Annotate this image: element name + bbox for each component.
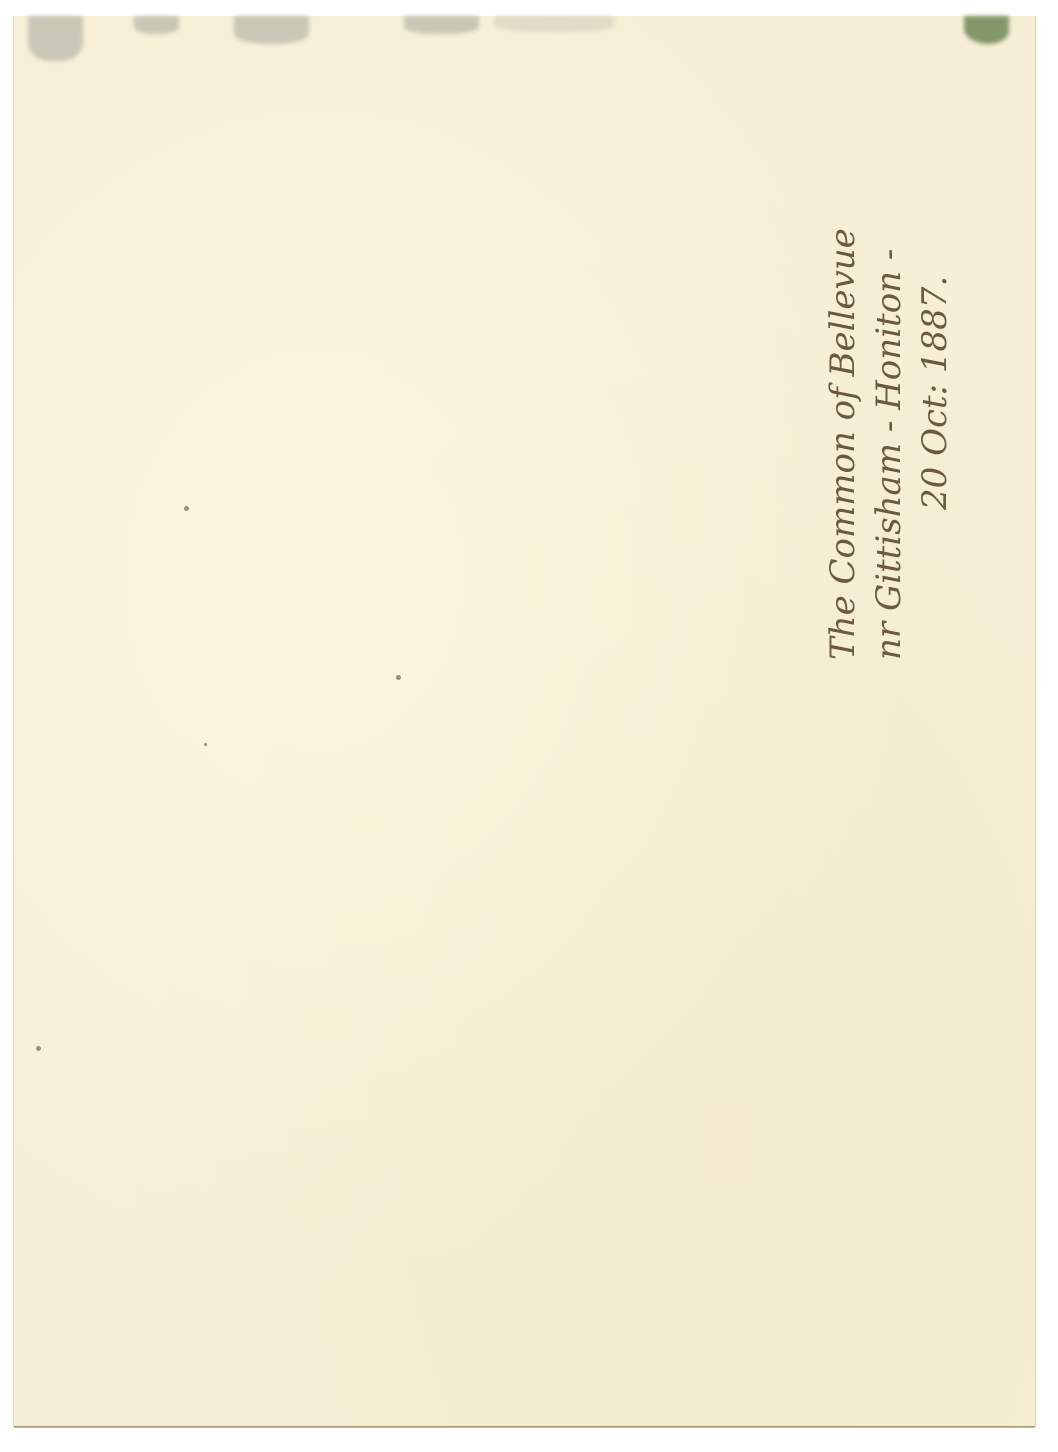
inscription-line-date: 20 Oct: 1887.: [912, 30, 958, 660]
paint-stain: [494, 16, 614, 32]
paint-stain: [28, 16, 83, 61]
paper-speck: [396, 675, 401, 680]
paint-stain: [134, 16, 179, 34]
paper-speck: [204, 743, 207, 746]
handwritten-inscription: The Common of Bellevue nr Gittisham - Ho…: [820, 30, 990, 660]
inscription-line-location: nr Gittisham - Honiton -: [866, 30, 912, 660]
paper-speck: [184, 506, 189, 511]
inscription-line-title: The Common of Bellevue: [820, 30, 866, 660]
paint-stain: [404, 16, 479, 34]
paper-speck: [36, 1046, 41, 1051]
paint-stain: [234, 16, 309, 44]
